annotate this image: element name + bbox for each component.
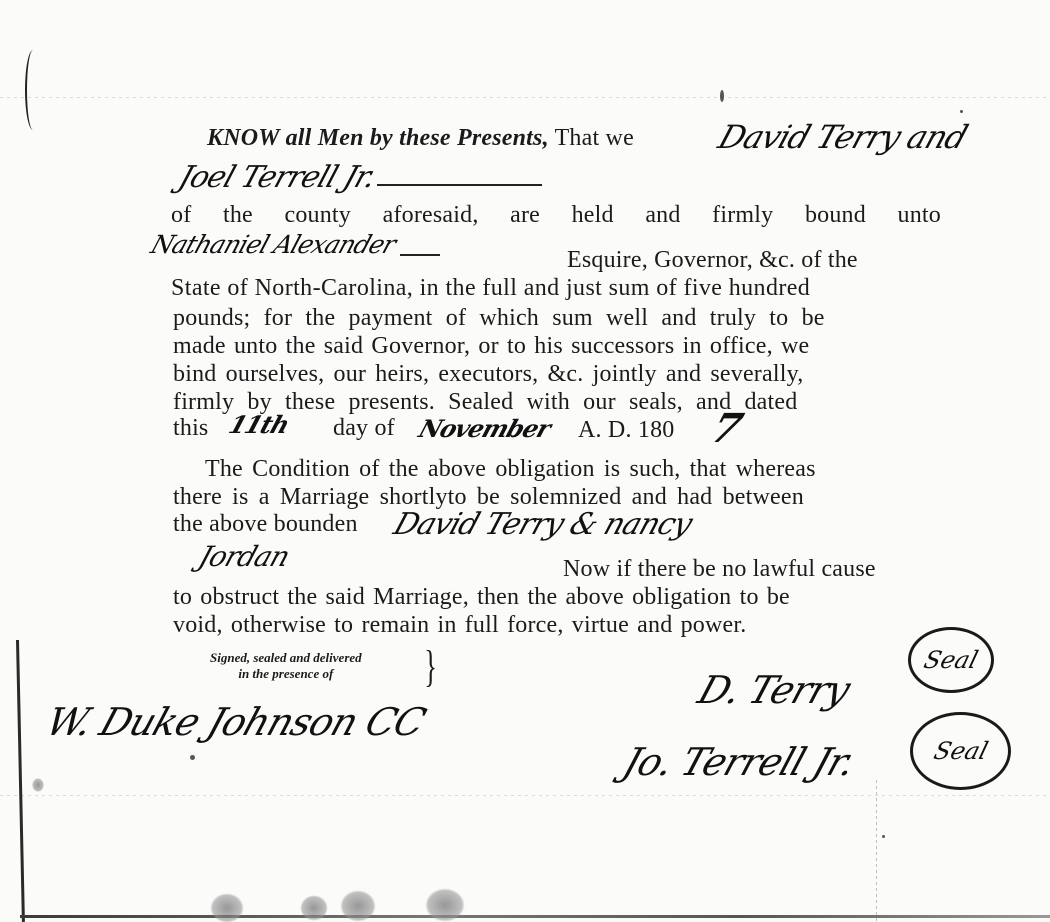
bond-opening: KNOW all Men by these Presents, That we <box>207 126 634 150</box>
handwritten-bondsmen-2: Joel Terrell Jr. <box>174 160 380 195</box>
fill-in-line <box>377 184 542 186</box>
seal-2-label: Seal <box>930 737 990 765</box>
printed-line-15: to obstruct the said Marriage, then the … <box>173 585 790 609</box>
printed-line-8: bind ourselves, our heirs, executors, &c… <box>173 362 803 386</box>
stain <box>300 895 328 921</box>
paper-edge-left <box>16 640 25 922</box>
stain <box>32 778 44 792</box>
printed-line-5: State of North-Carolina, in the full and… <box>171 276 810 300</box>
printed-line-14: Now if there be no lawful cause <box>563 557 876 581</box>
printed-line-7: made unto the said Governor, or to his s… <box>173 334 809 358</box>
printed-line-11: The Condition of the above obligation is… <box>205 457 816 481</box>
printed-line-3: of the county aforesaid, are held and fi… <box>171 203 941 227</box>
date-day-of: day of <box>333 416 395 440</box>
fold-line <box>0 795 1050 796</box>
ink-speck <box>960 110 963 113</box>
handwritten-witness-signature: W. Duke Johnson CC <box>41 700 431 744</box>
brace: } <box>424 645 437 689</box>
stain <box>210 893 244 922</box>
handwritten-day: 11th <box>225 410 292 439</box>
signature-david-terry: D. Terry <box>693 668 855 712</box>
ink-speck <box>882 835 885 838</box>
seal-1-label: Seal <box>921 646 981 674</box>
date-year-prefix: A. D. 180 <box>578 418 674 442</box>
printed-line-6: pounds; for the payment of which sum wel… <box>173 306 825 330</box>
handwritten-bondsmen-1: David Terry and <box>714 118 972 156</box>
fill-in-line <box>400 254 440 256</box>
ink-speck <box>720 90 724 102</box>
handwritten-groom: David Terry & nancy <box>389 507 696 542</box>
printed-line-16: void, otherwise to remain in full force,… <box>173 613 746 637</box>
fold-line-vertical <box>876 780 877 922</box>
date-this: this <box>173 416 208 440</box>
opening-cont: That we <box>555 125 634 151</box>
printed-line-13: the above bounden <box>173 512 358 536</box>
seal-1: Seal <box>908 627 994 693</box>
ink-speck <box>190 755 195 760</box>
stain <box>425 888 465 922</box>
handwritten-bride-surname: Jordan <box>195 540 294 573</box>
printed-line-4: Esquire, Governor, &c. of the <box>567 248 858 272</box>
paper-edge-bottom <box>20 915 1050 918</box>
seal-2: Seal <box>910 712 1011 790</box>
marriage-bond-page: KNOW all Men by these Presents, That we … <box>0 0 1050 922</box>
handwritten-month: November <box>415 414 554 443</box>
stain <box>340 890 376 922</box>
margin-mark <box>25 50 41 130</box>
opening-phrase: KNOW all Men by these Presents, <box>207 125 549 151</box>
printed-line-12: there is a Marriage shortlyto be solemni… <box>173 485 804 509</box>
handwritten-governor: Nathaniel Alexander <box>147 230 399 259</box>
witness-label: Signed, sealed and delivered in the pres… <box>210 650 362 682</box>
fold-line <box>0 97 1050 98</box>
signature-joel-terrell: Jo. Terrell Jr. <box>618 740 860 784</box>
